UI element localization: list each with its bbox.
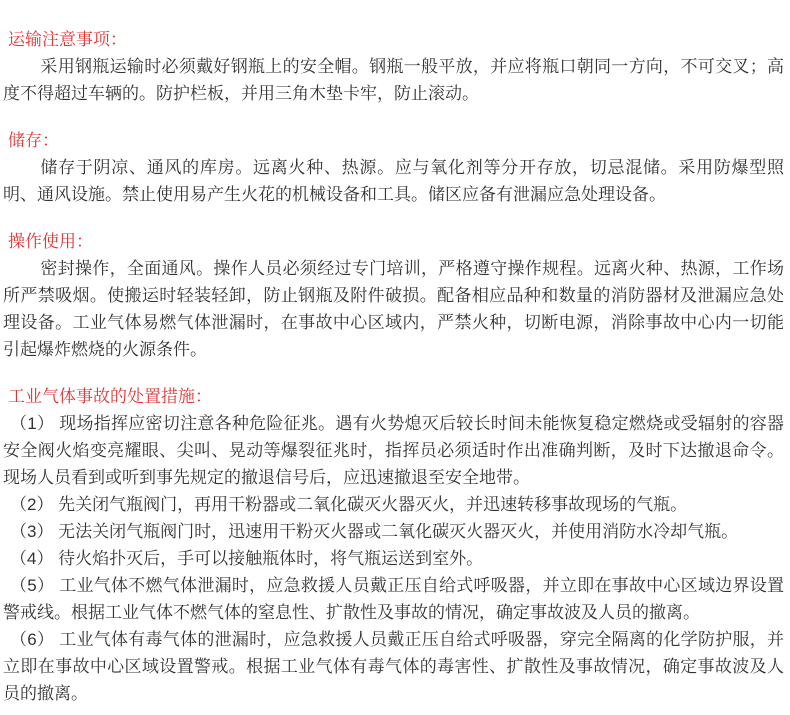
accident-measure-item-4: （4） 待火焰扑灭后，手可以接触瓶体时，将气瓶运送到室外。: [3, 545, 784, 572]
section-heading-accident-measures: 工业气体事故的处置措施：: [3, 383, 784, 410]
section-operation: 操作使用： 密封操作，全面通风。操作人员必须经过专门培训，严格遵守操作规程。远离…: [3, 228, 784, 363]
paragraph-operation: 密封操作，全面通风。操作人员必须经过专门培训，严格遵守操作规程。远离火种、热源，…: [3, 255, 784, 363]
section-heading-transport: 运输注意事项：: [3, 26, 784, 53]
document-body: 运输注意事项： 采用钢瓶运输时必须戴好钢瓶上的安全帽。钢瓶一般平放，并应将瓶口朝…: [0, 0, 790, 715]
accident-measure-item-2: （2） 先关闭气瓶阀门，再用干粉器或二氧化碳灭火器灭火，并迅速转移事故现场的气瓶…: [3, 491, 784, 518]
paragraph-storage: 储存于阴凉、通风的库房。远离火种、热源。应与氧化剂等分开存放，切忌混储。采用防爆…: [3, 154, 784, 208]
accident-measure-item-3: （3） 无法关闭气瓶阀门时，迅速用干粉灭火器或二氧化碳灭火器灭火，并使用消防水冷…: [3, 518, 784, 545]
section-transport: 运输注意事项： 采用钢瓶运输时必须戴好钢瓶上的安全帽。钢瓶一般平放，并应将瓶口朝…: [3, 26, 784, 107]
accident-measure-item-1: （1） 现场指挥应密切注意各种危险征兆。遇有火势熄灭后较长时间未能恢复稳定燃烧或…: [3, 410, 784, 491]
accident-measure-item-5: （5） 工业气体不燃气体泄漏时，应急救援人员戴正压自给式呼吸器，并立即在事故中心…: [3, 572, 784, 626]
paragraph-transport: 采用钢瓶运输时必须戴好钢瓶上的安全帽。钢瓶一般平放，并应将瓶口朝同一方向，不可交…: [3, 53, 784, 107]
section-heading-storage: 储存：: [3, 127, 784, 154]
accident-measure-item-6: （6） 工业气体有毒气体的泄漏时，应急救援人员戴正压自给式呼吸器，穿完全隔离的化…: [3, 626, 784, 707]
section-accident-measures: 工业气体事故的处置措施： （1） 现场指挥应密切注意各种危险征兆。遇有火势熄灭后…: [3, 383, 784, 707]
section-storage: 储存： 储存于阴凉、通风的库房。远离火种、热源。应与氧化剂等分开存放，切忌混储。…: [3, 127, 784, 208]
section-heading-operation: 操作使用：: [3, 228, 784, 255]
